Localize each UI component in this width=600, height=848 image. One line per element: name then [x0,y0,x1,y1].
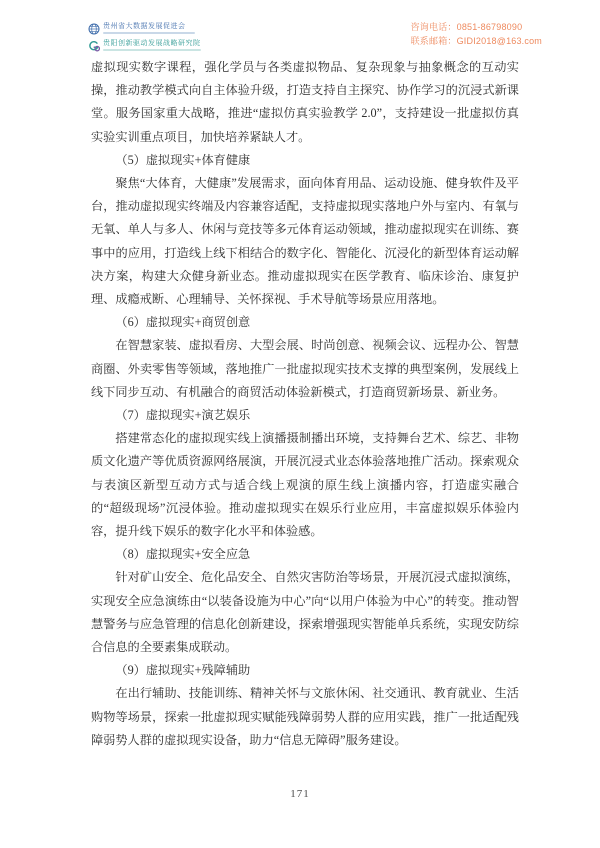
go-rings-icon [88,39,100,51]
body-paragraph: 针对矿山安全、危化品安全、自然灾害防治等场景，开展沉浸式虚拟演练，实现安全应急演… [91,566,519,659]
body-paragraph: 虚拟现实数字课程，强化学员与各类虚拟物品、复杂现象与抽象概念的互动实操，推动教学… [91,56,519,149]
org-logo-1: 贵州省大数据发展促进会 [88,22,201,34]
globe-icon [88,22,100,34]
contact-phone: 咨询电话：0851-86798090 [411,22,542,33]
org-logo-1-subtext [103,32,195,34]
section-heading: （8）虚拟现实+安全应急 [91,543,519,566]
section-heading: （5）虚拟现实+体育健康 [91,149,519,172]
document-page: 贵州省大数据发展促进会 贵阳创新驱动发展战略研究院 咨询电话：0851-8 [0,0,600,848]
page-header: 贵州省大数据发展促进会 贵阳创新驱动发展战略研究院 咨询电话：0851-8 [88,22,542,51]
document-body: 虚拟现实数字课程，强化学员与各类虚拟物品、复杂现象与抽象概念的互动实操，推动教学… [91,56,519,752]
org-logo-1-name: 贵州省大数据发展促进会 [103,23,195,31]
body-paragraph: 在智慧家装、虚拟看房、大型会展、时尚创意、视频会议、远程办公、智慧商圈、外卖零售… [91,334,519,404]
section-heading: （7）虚拟现实+演艺娱乐 [91,404,519,427]
body-paragraph: 在出行辅助、技能训练、精神关怀与文旅休闲、社交通讯、教育就业、生活购物等场景，探… [91,682,519,752]
body-paragraph: 搭建常态化的虚拟现实线上演播摄制播出环境，支持舞台艺术、综艺、非物质文化遗产等优… [91,427,519,543]
section-heading: （9）虚拟现实+残障辅助 [91,659,519,682]
body-paragraph: 聚焦“大体育，大健康”发展需求，面向体育用品、运动设施、健身软件及平台，推动虚拟… [91,172,519,311]
organization-logos: 贵州省大数据发展促进会 贵阳创新驱动发展战略研究院 [88,22,201,51]
contact-info: 咨询电话：0851-86798090 联系邮箱：GIDI2018@163.com [411,22,542,47]
contact-email: 联系邮箱：GIDI2018@163.com [411,36,542,47]
org-logo-2: 贵阳创新驱动发展战略研究院 [88,39,201,51]
section-heading: （6）虚拟现实+商贸创意 [91,311,519,334]
org-logo-2-subtext [103,49,201,51]
org-logo-2-name: 贵阳创新驱动发展战略研究院 [103,40,201,48]
page-number: 171 [0,788,600,800]
